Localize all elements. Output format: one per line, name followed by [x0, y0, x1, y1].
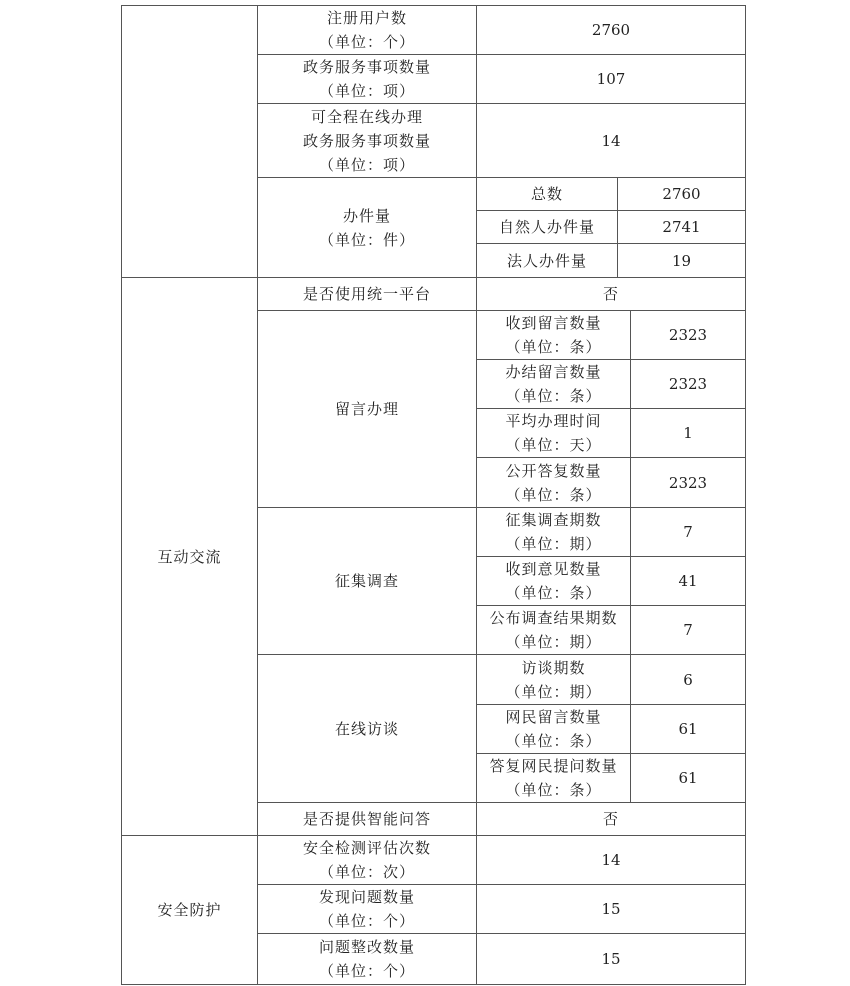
value-service-items: 107: [476, 54, 746, 104]
label-security-checks: 安全检测评估次数（单位：次）: [257, 835, 477, 885]
label-netizen-messages: 网民留言数量（单位：条）: [476, 704, 631, 754]
label-smart-qa: 是否提供智能问答: [257, 802, 477, 836]
label-banjian-natural: 自然人办件量: [476, 210, 618, 244]
value-netizen-messages: 61: [630, 704, 746, 754]
category-interaction: 互动交流: [121, 277, 258, 836]
value-banjian-legal: 19: [617, 243, 746, 278]
label-problems-fixed: 问题整改数量（单位：个）: [257, 933, 477, 985]
label-messages: 留言办理: [257, 310, 477, 508]
label-public-replies: 公开答复数量（单位：条）: [476, 457, 631, 508]
value-banjian-total: 2760: [617, 177, 746, 211]
value-problems-found: 15: [476, 884, 746, 934]
value-problems-fixed: 15: [476, 933, 746, 985]
value-public-replies: 2323: [630, 457, 746, 508]
label-avg-time: 平均办理时间（单位：天）: [476, 408, 631, 458]
value-messages-received: 2323: [630, 310, 746, 360]
label-banjian: 办件量（单位：件）: [257, 177, 477, 278]
value-netizen-replies: 61: [630, 753, 746, 803]
value-registered-users: 2760: [476, 5, 746, 55]
value-banjian-natural: 2741: [617, 210, 746, 244]
label-online-service-items: 可全程在线办理政务服务事项数量（单位：项）: [257, 103, 477, 178]
label-survey-results: 公布调查结果期数（单位：期）: [476, 605, 631, 655]
value-security-checks: 14: [476, 835, 746, 885]
category-cell-empty: [121, 5, 258, 278]
statistics-table: 注册用户数（单位：个） 2760 政务服务事项数量（单位：项） 107 可全程在…: [121, 5, 746, 985]
label-netizen-replies: 答复网民提问数量（单位：条）: [476, 753, 631, 803]
label-survey: 征集调查: [257, 507, 477, 655]
label-unified-platform: 是否使用统一平台: [257, 277, 477, 311]
value-messages-closed: 2323: [630, 359, 746, 409]
label-messages-closed: 办结留言数量（单位：条）: [476, 359, 631, 409]
value-unified-platform: 否: [476, 277, 746, 311]
label-messages-received: 收到留言数量（单位：条）: [476, 310, 631, 360]
label-opinions-received: 收到意见数量（单位：条）: [476, 556, 631, 606]
value-smart-qa: 否: [476, 802, 746, 836]
value-survey-results: 7: [630, 605, 746, 655]
label-registered-users: 注册用户数（单位：个）: [257, 5, 477, 55]
value-avg-time: 1: [630, 408, 746, 458]
label-problems-found: 发现问题数量（单位：个）: [257, 884, 477, 934]
value-online-service-items: 14: [476, 103, 746, 178]
label-service-items: 政务服务事项数量（单位：项）: [257, 54, 477, 104]
category-security: 安全防护: [121, 835, 258, 985]
value-survey-periods: 7: [630, 507, 746, 557]
label-interview-periods: 访谈期数（单位：期）: [476, 654, 631, 705]
label-survey-periods: 征集调查期数（单位：期）: [476, 507, 631, 557]
value-interview-periods: 6: [630, 654, 746, 705]
label-banjian-legal: 法人办件量: [476, 243, 618, 278]
label-interview: 在线访谈: [257, 654, 477, 803]
value-opinions-received: 41: [630, 556, 746, 606]
label-banjian-total: 总数: [476, 177, 618, 211]
